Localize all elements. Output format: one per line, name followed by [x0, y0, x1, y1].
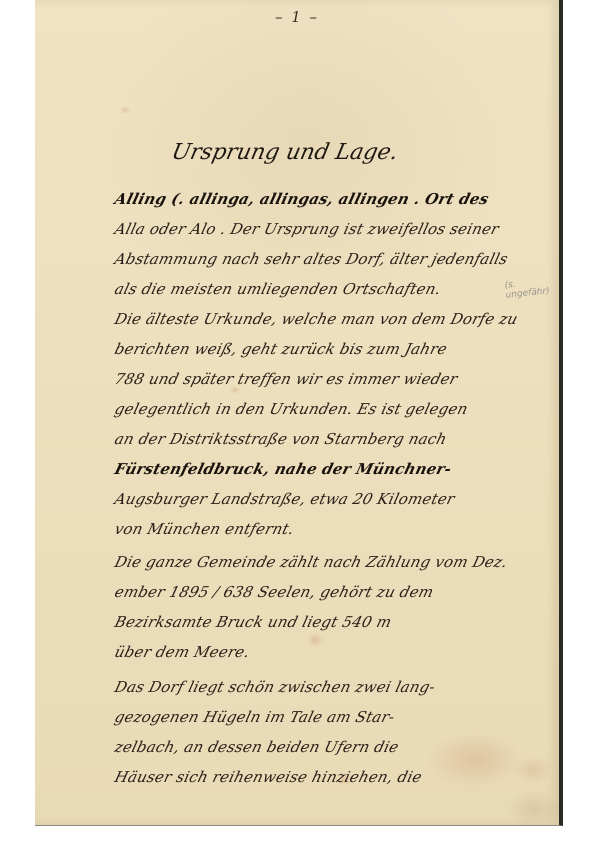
text-line: Augsburger Landstraße, etwa 20 Kilometer — [113, 490, 457, 508]
text-line: ember 1895 / 638 Seelen, gehört zu dem — [113, 583, 436, 601]
text-line: über dem Meere. — [113, 643, 252, 661]
text-line: von München entfernt. — [113, 520, 296, 538]
manuscript-page: – 1 – Ursprung und Lage. (s. ungefähr) A… — [35, 0, 563, 826]
text-line: 788 und später treffen wir es immer wied… — [113, 370, 460, 388]
text-line: berichten weiß, geht zurück bis zum Jahr… — [113, 340, 449, 358]
page-heading: Ursprung und Lage. — [169, 140, 400, 165]
text-line: zelbach, an dessen beiden Ufern die — [113, 738, 401, 756]
text-line: Die ganze Gemeinde zählt nach Zählung vo… — [113, 553, 510, 571]
text-line: Die älteste Urkunde, welche man von dem … — [113, 310, 520, 328]
page-number: – 1 – — [35, 8, 559, 26]
text-line: gezogenen Hügeln im Tale am Star- — [113, 708, 397, 726]
text-line: Alling (. allinga, allingas, allingen . … — [113, 190, 491, 208]
pencil-margin-note: (s. ungefähr) — [504, 275, 560, 301]
text-line: Das Dorf liegt schön zwischen zwei lang- — [113, 678, 437, 696]
text-line: Abstammung nach sehr altes Dorf, älter j… — [113, 250, 510, 268]
text-line: gelegentlich in den Urkunden. Es ist gel… — [113, 400, 470, 418]
text-line: Alla oder Alo . Der Ursprung ist zweifel… — [113, 220, 501, 238]
text-line: Bezirksamte Bruck und liegt 540 m — [113, 613, 394, 631]
text-line: als die meisten umliegenden Ortschaften. — [113, 280, 443, 298]
text-line: an der Distriktsstraße von Starnberg nac… — [113, 430, 449, 448]
text-line: Fürstenfeldbruck, nahe der Münchner- — [113, 460, 454, 478]
text-line: Häuser sich reihenweise hinziehen, die — [113, 768, 424, 786]
